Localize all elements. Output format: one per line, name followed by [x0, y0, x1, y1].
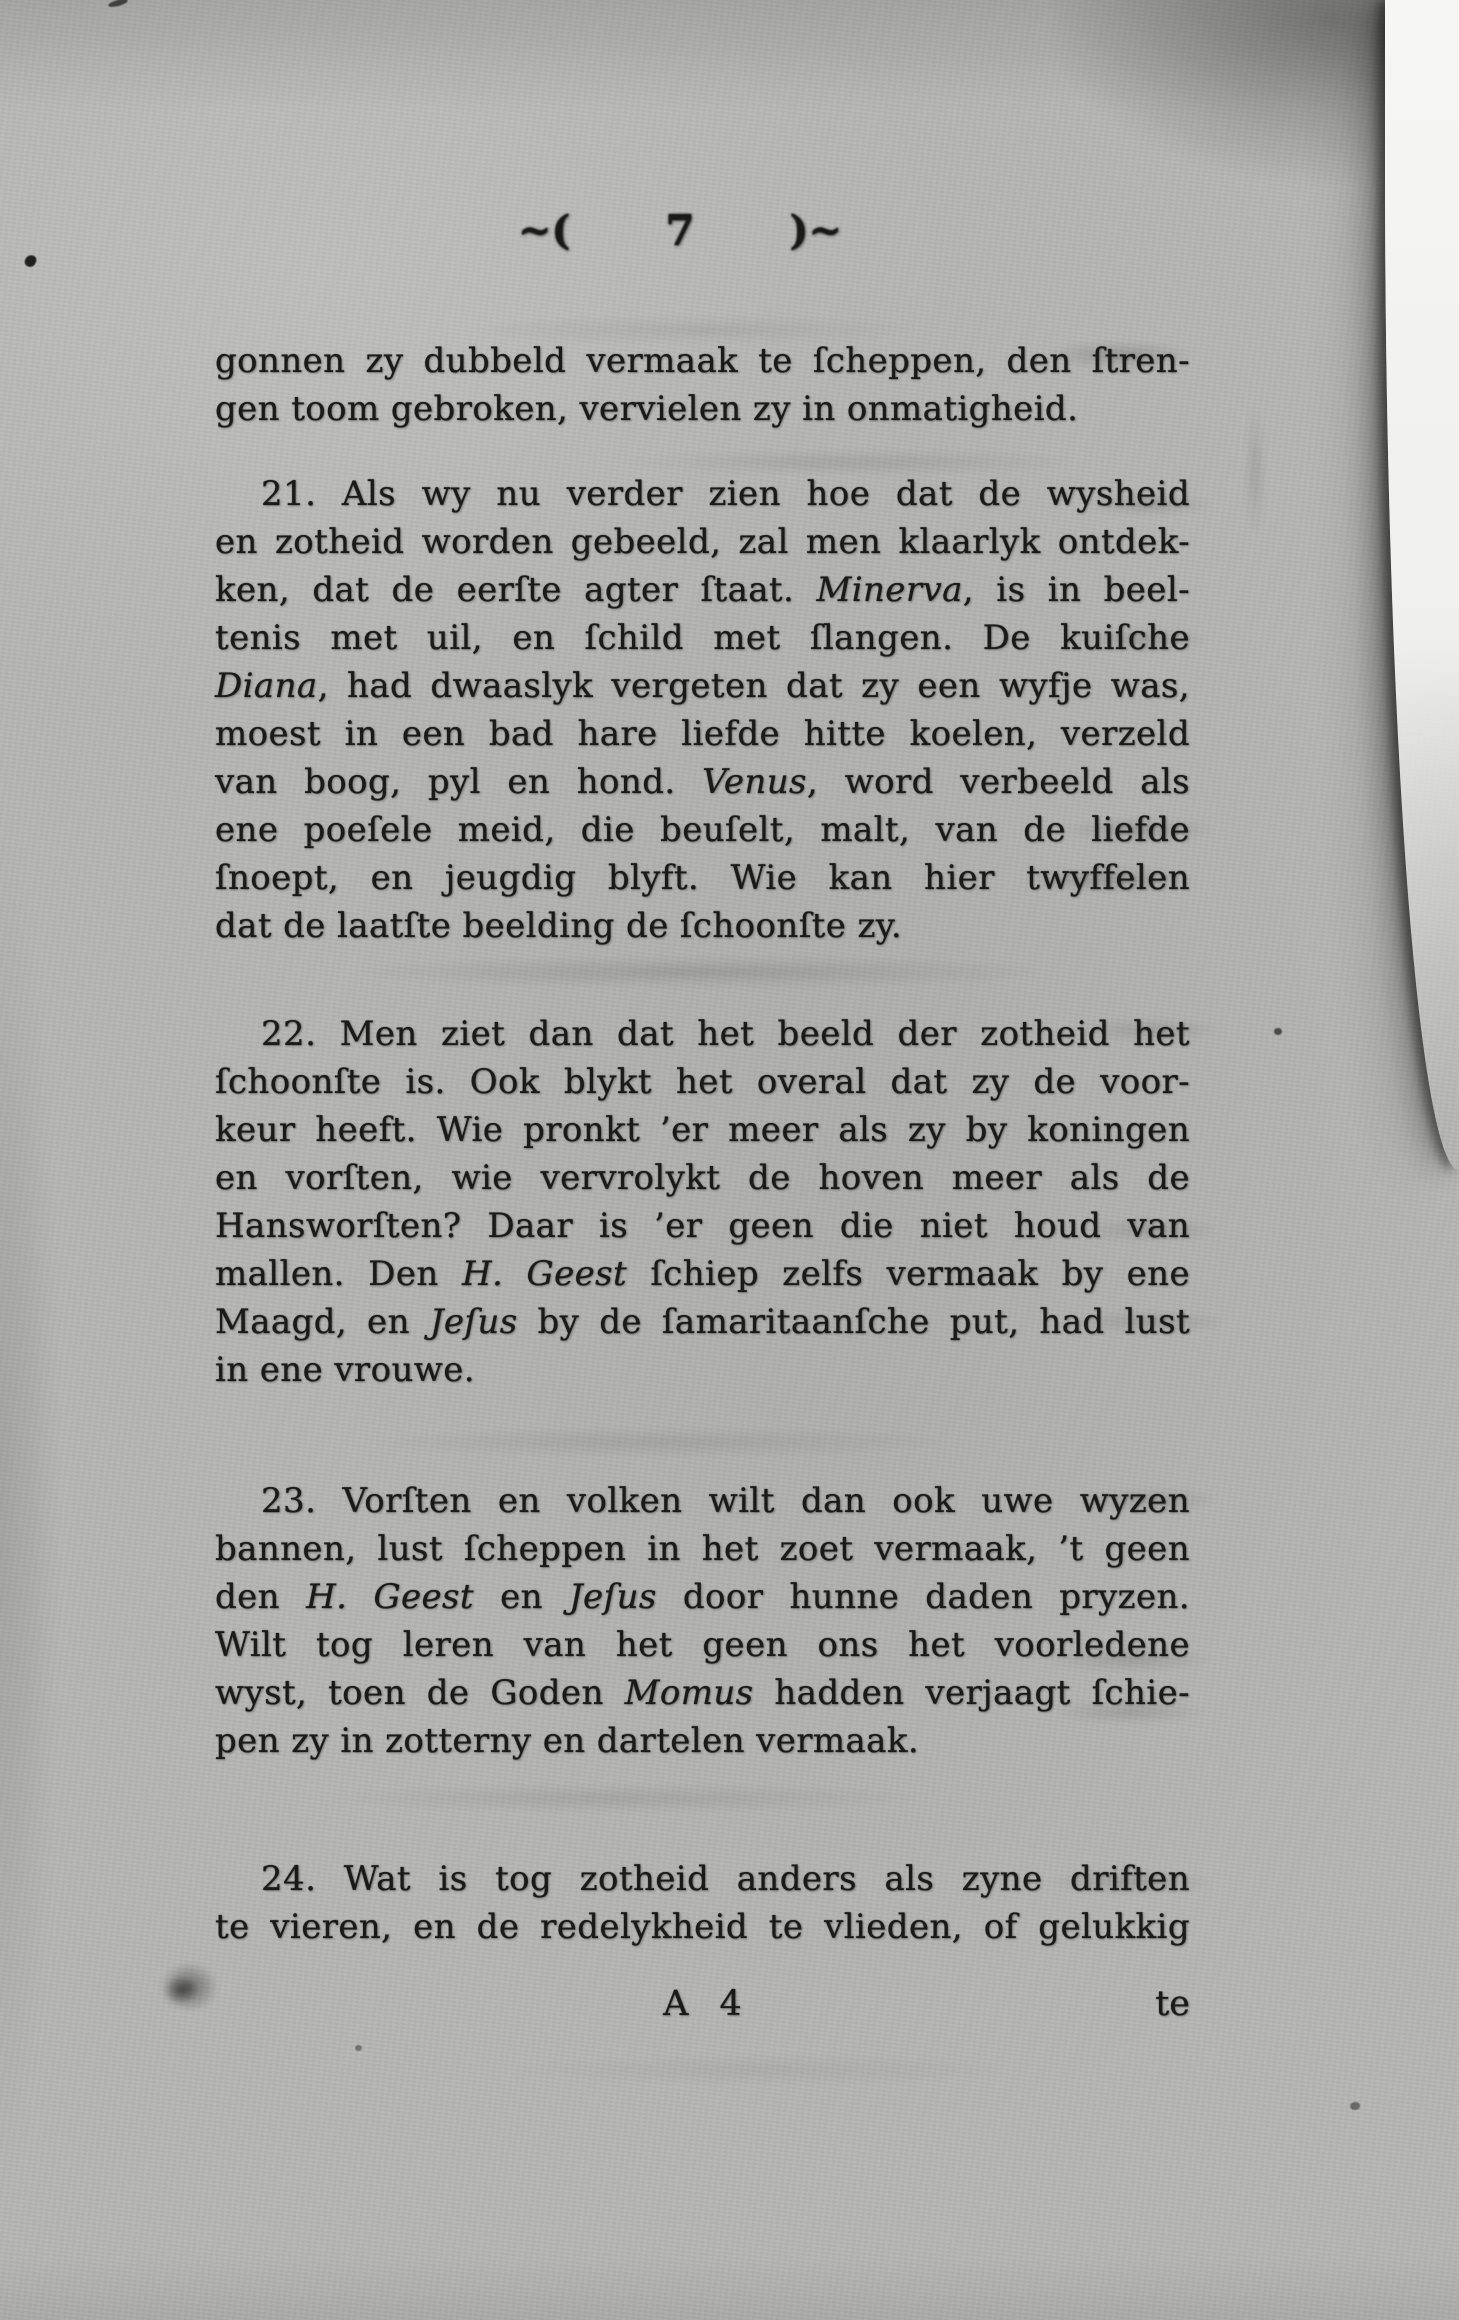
ink-smudge-core [160, 1972, 202, 2008]
signature-mark: A 4 [215, 1980, 1190, 2028]
text-line: keur heeft. Wie pronkt ’er meer als zy b… [215, 1106, 1190, 1154]
ink-speck [108, 0, 129, 8]
next-page-edge [1385, 0, 1459, 1170]
text-line: moest in een bad hare liefde hitte koele… [215, 710, 1190, 758]
text-line: van boog, pyl en hond. Venus, word verbe… [215, 758, 1190, 806]
ink-speck [1350, 2102, 1360, 2110]
paragraph: 23. Vorſten en volken wilt dan ook uwe w… [215, 1477, 1190, 1765]
text-line: pen zy in zotterny en dartelen vermaak. [215, 1717, 1190, 1765]
text-line: bannen, lust ſcheppen in het zoet vermaa… [215, 1525, 1190, 1573]
paragraph: gonnen zy dubbeld vermaak te ſcheppen, d… [215, 337, 1190, 433]
page-footer: A 4 te [215, 1980, 1190, 2030]
text-line: 24. Wat is tog zotheid anders als zyne d… [215, 1855, 1190, 1903]
text-line: ſchoonſte is. Ook blykt het overal dat z… [215, 1058, 1190, 1106]
paragraph: 24. Wat is tog zotheid anders als zyne d… [215, 1855, 1190, 1951]
page-number: 7 [665, 206, 694, 255]
text-line: den H. Geest en Jeſus door hunne daden p… [215, 1573, 1190, 1621]
text-line: Diana, had dwaaslyk vergeten dat zy een … [215, 662, 1190, 710]
text-line: Wilt tog leren van het geen ons het voor… [215, 1621, 1190, 1669]
text-line: te vieren, en de redelykheid te vlieden,… [215, 1903, 1190, 1951]
text-line: 22. Men ziet dan dat het beeld der zothe… [215, 1010, 1190, 1058]
ink-speck [1274, 1028, 1282, 1035]
text-line: 21. Als wy nu verder zien hoe dat de wys… [215, 470, 1190, 518]
ink-speck [355, 2045, 362, 2051]
paragraph: 22. Men ziet dan dat het beeld der zothe… [215, 1010, 1190, 1394]
text-line: ken, dat de eerſte agter ſtaat. Minerva,… [215, 566, 1190, 614]
book-page-scan: ~( 7 )~ gonnen zy dubbeld vermaak te ſch… [0, 0, 1459, 2320]
text-line: Maagd, en Jeſus by de ſamaritaanſche put… [215, 1298, 1190, 1346]
text-line: mallen. Den H. Geest ſchiep zelfs vermaa… [215, 1250, 1190, 1298]
text-line: ene poeſele meid, die beuſelt, malt, van… [215, 806, 1190, 854]
catchword: te [1155, 1980, 1190, 2028]
text-line: ſnoept, en jeugdig blyft. Wie kan hier t… [215, 854, 1190, 902]
text-line: 23. Vorſten en volken wilt dan ook uwe w… [215, 1477, 1190, 1525]
text-line: en vorſten, wie vervrolykt de hoven meer… [215, 1154, 1190, 1202]
running-head: ~( 7 )~ [518, 198, 842, 262]
text-line: tenis met uil, en ſchild met ſlangen. De… [215, 614, 1190, 662]
paragraph: 21. Als wy nu verder zien hoe dat de wys… [215, 470, 1190, 950]
ink-speck [23, 253, 37, 268]
text-line: gen toom gebroken, vervielen zy in onmat… [215, 385, 1190, 433]
text-line: en zotheid worden gebeeld, zal men klaar… [215, 518, 1190, 566]
text-line: wyst, toen de Goden Momus hadden verjaag… [215, 1669, 1190, 1717]
text-line: Hansworſten? Daar is ’er geen die niet h… [215, 1202, 1190, 1250]
text-line: dat de laatſte beelding de ſchoonſte zy. [215, 902, 1190, 950]
header-ornament-left-icon: ~( [518, 207, 570, 254]
text-line: in ene vrouwe. [215, 1346, 1190, 1394]
text-line: gonnen zy dubbeld vermaak te ſcheppen, d… [215, 337, 1190, 385]
header-ornament-right-icon: )~ [790, 207, 842, 254]
